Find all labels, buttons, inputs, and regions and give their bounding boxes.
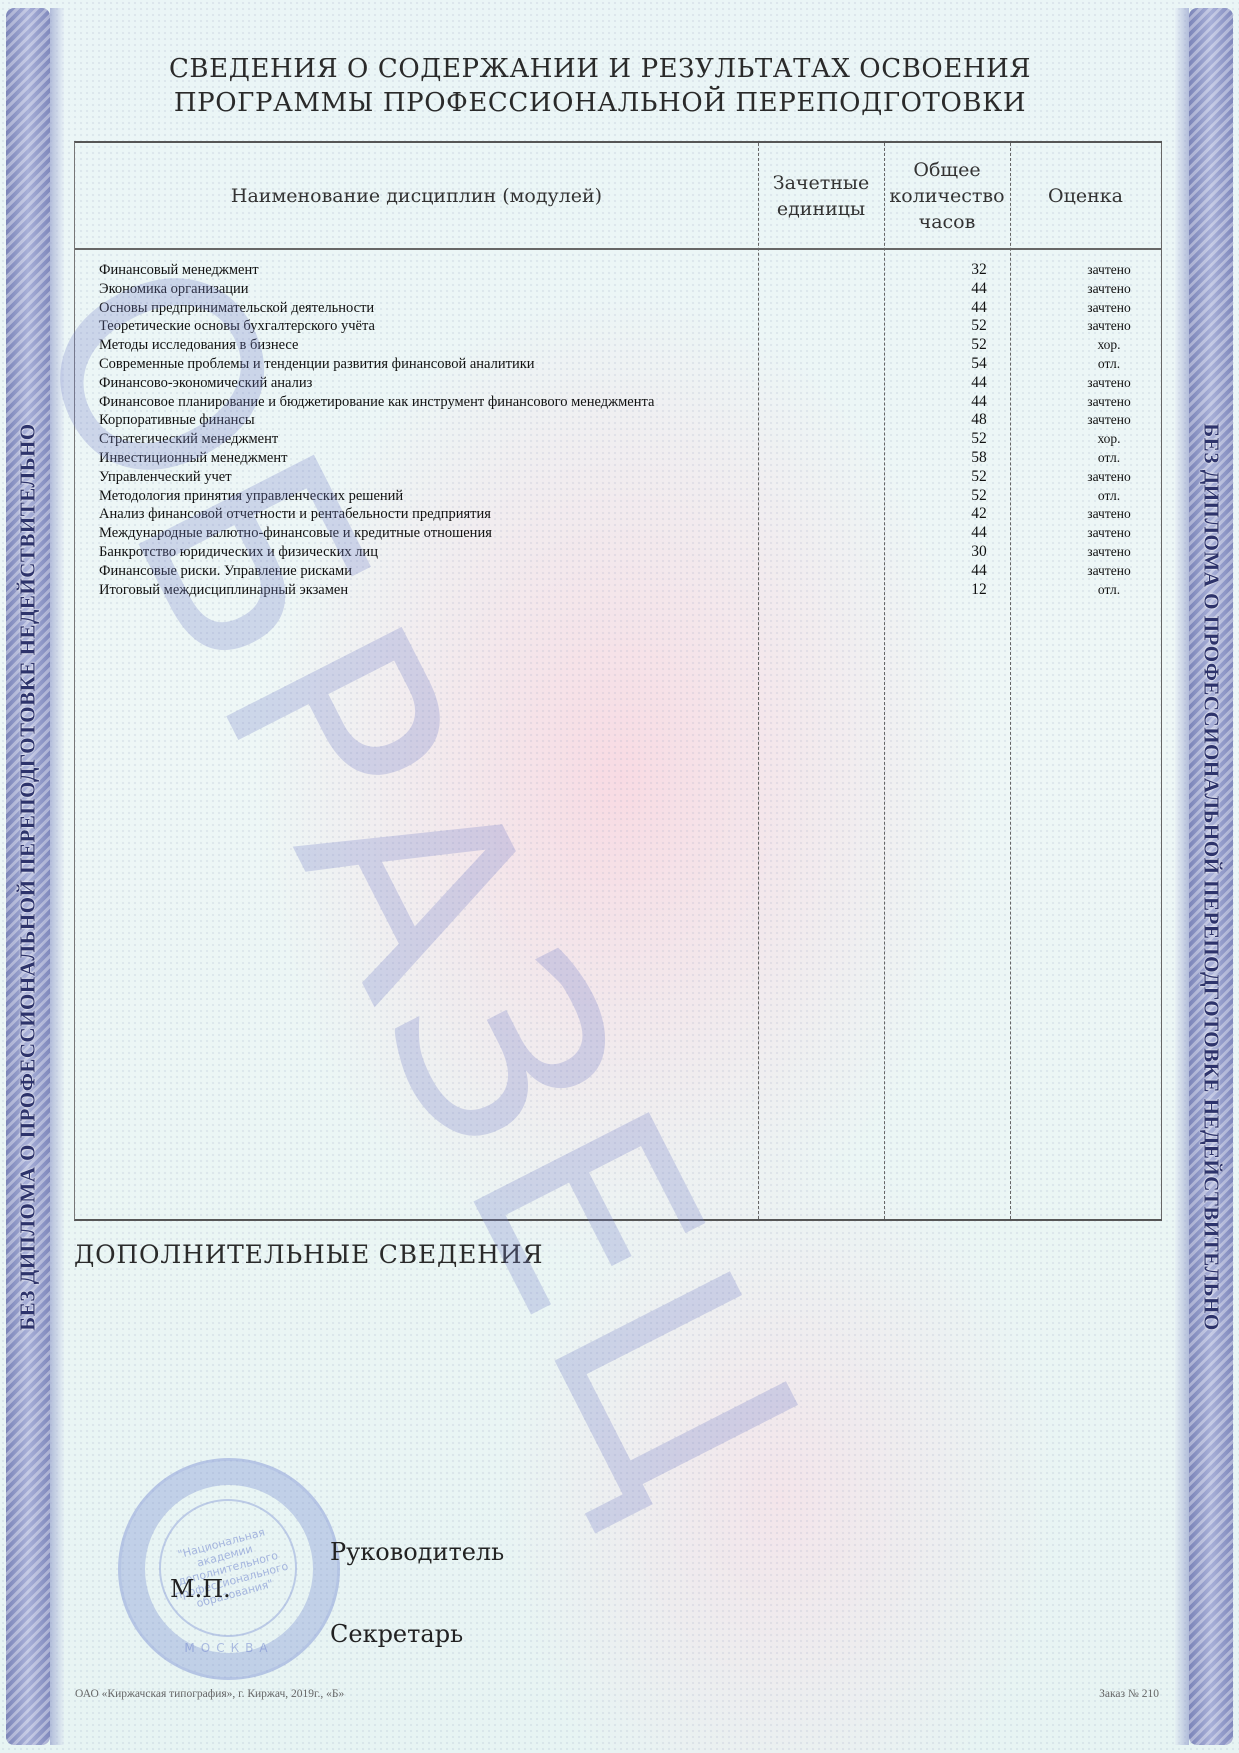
grade: отл. — [1059, 355, 1159, 373]
title-line-2: ПРОГРАММЫ ПРОФЕССИОНАЛЬНОЙ ПЕРЕПОДГОТОВК… — [150, 86, 1050, 120]
table-row: Финансовые риски. Управление рисками44за… — [99, 562, 1162, 581]
total-hours: 42 — [949, 505, 1009, 523]
discipline-name: Основы предпринимательской деятельности — [99, 299, 374, 317]
grade: зачтено — [1059, 374, 1159, 392]
printer-info: ОАО «Киржачская типография», г. Киржач, … — [75, 1688, 344, 1700]
total-hours: 52 — [949, 430, 1009, 448]
total-hours: 44 — [949, 524, 1009, 542]
discipline-name: Международные валютно-финансовые и креди… — [99, 524, 492, 542]
grade: хор. — [1059, 336, 1159, 354]
table-body: Финансовый менеджмент32зачтеноЭкономика … — [99, 261, 1162, 599]
table-row: Экономика организации44зачтено — [99, 280, 1162, 299]
page-title: СВЕДЕНИЯ О СОДЕРЖАНИИ И РЕЗУЛЬТАТАХ ОСВО… — [150, 52, 1050, 120]
table-row: Международные валютно-финансовые и креди… — [99, 524, 1162, 543]
table-row: Итоговый междисциплинарный экзамен12отл. — [99, 581, 1162, 600]
table-row: Теоретические основы бухгалтерского учёт… — [99, 317, 1162, 336]
discipline-name: Инвестиционный менеджмент — [99, 449, 287, 467]
table-row: Методология принятия управленческих реше… — [99, 487, 1162, 506]
total-hours: 54 — [949, 355, 1009, 373]
grade: отл. — [1059, 581, 1159, 599]
discipline-name: Банкротство юридических и физических лиц — [99, 543, 378, 561]
table-row: Инвестиционный менеджмент58отл. — [99, 449, 1162, 468]
grade: зачтено — [1059, 505, 1159, 523]
total-hours: 52 — [949, 336, 1009, 354]
total-hours: 30 — [949, 543, 1009, 561]
certificate-page: СВЕДЕНИЯ О СОДЕРЖАНИИ И РЕЗУЛЬТАТАХ ОСВО… — [0, 0, 1239, 1753]
total-hours: 58 — [949, 449, 1009, 467]
table-row: Современные проблемы и тенденции развити… — [99, 355, 1162, 374]
total-hours: 44 — [949, 393, 1009, 411]
header-credits: Зачетные единицы — [758, 143, 884, 248]
additional-info-heading: ДОПОЛНИТЕЛЬНЫЕ СВЕДЕНИЯ — [74, 1240, 543, 1269]
total-hours: 48 — [949, 411, 1009, 429]
discipline-name: Финансовый менеджмент — [99, 261, 259, 279]
total-hours: 44 — [949, 562, 1009, 580]
head-signature-label: Руководитель — [330, 1538, 504, 1566]
table-row: Финансовое планирование и бюджетирование… — [99, 393, 1162, 412]
disciplines-table: Наименование дисциплин (модулей) Зачетны… — [74, 141, 1162, 1221]
total-hours: 32 — [949, 261, 1009, 279]
table-row: Финансовый менеджмент32зачтено — [99, 261, 1162, 280]
table-row: Банкротство юридических и физических лиц… — [99, 543, 1162, 562]
total-hours: 52 — [949, 468, 1009, 486]
stamp-city-text: МОСКВА — [121, 1641, 337, 1655]
header-grade: Оценка — [1010, 143, 1161, 248]
discipline-name: Современные проблемы и тенденции развити… — [99, 355, 535, 373]
grade: зачтено — [1059, 543, 1159, 561]
total-hours: 52 — [949, 487, 1009, 505]
discipline-name: Корпоративные финансы — [99, 411, 255, 429]
grade: зачтено — [1059, 411, 1159, 429]
grade: зачтено — [1059, 280, 1159, 298]
header-discipline-name: Наименование дисциплин (модулей) — [75, 143, 758, 248]
grade: отл. — [1059, 487, 1159, 505]
grade: зачтено — [1059, 317, 1159, 335]
discipline-name: Стратегический менеджмент — [99, 430, 278, 448]
discipline-name: Управленческий учет — [99, 468, 232, 486]
table-row: Методы исследования в бизнесе52хор. — [99, 336, 1162, 355]
grade: отл. — [1059, 449, 1159, 467]
discipline-name: Анализ финансовой отчетности и рентабель… — [99, 505, 491, 523]
table-row: Финансово-экономический анализ44зачтено — [99, 374, 1162, 393]
discipline-name: Итоговый междисциплинарный экзамен — [99, 581, 348, 599]
grade: хор. — [1059, 430, 1159, 448]
header-total-hours: Общее количество часов — [884, 143, 1010, 248]
discipline-name: Финансовое планирование и бюджетирование… — [99, 393, 654, 411]
table-row: Корпоративные финансы48зачтено — [99, 411, 1162, 430]
grade: зачтено — [1059, 299, 1159, 317]
secretary-signature-label: Секретарь — [330, 1620, 463, 1648]
total-hours: 12 — [949, 581, 1009, 599]
header-separator — [75, 248, 1162, 250]
discipline-name: Финансово-экономический анализ — [99, 374, 312, 392]
table-row: Основы предпринимательской деятельности4… — [99, 299, 1162, 318]
discipline-name: Экономика организации — [99, 280, 249, 298]
discipline-name: Теоретические основы бухгалтерского учёт… — [99, 317, 375, 335]
discipline-name: Методы исследования в бизнесе — [99, 336, 298, 354]
stamp-center-text: "Национальная академии дополнительного п… — [143, 1483, 312, 1652]
order-number: Заказ № 210 — [1099, 1688, 1159, 1700]
table-row: Стратегический менеджмент52хор. — [99, 430, 1162, 449]
total-hours: 52 — [949, 317, 1009, 335]
discipline-name: Методология принятия управленческих реше… — [99, 487, 403, 505]
total-hours: 44 — [949, 374, 1009, 392]
total-hours: 44 — [949, 280, 1009, 298]
grade: зачтено — [1059, 393, 1159, 411]
official-stamp: "Национальная академии дополнительного п… — [118, 1458, 340, 1680]
title-line-1: СВЕДЕНИЯ О СОДЕРЖАНИИ И РЕЗУЛЬТАТАХ ОСВО… — [150, 52, 1050, 86]
seal-place-label: М.П. — [170, 1575, 231, 1603]
discipline-name: Финансовые риски. Управление рисками — [99, 562, 352, 580]
table-row: Анализ финансовой отчетности и рентабель… — [99, 505, 1162, 524]
grade: зачтено — [1059, 261, 1159, 279]
grade: зачтено — [1059, 468, 1159, 486]
grade: зачтено — [1059, 524, 1159, 542]
table-row: Управленческий учет52зачтено — [99, 468, 1162, 487]
grade: зачтено — [1059, 562, 1159, 580]
total-hours: 44 — [949, 299, 1009, 317]
